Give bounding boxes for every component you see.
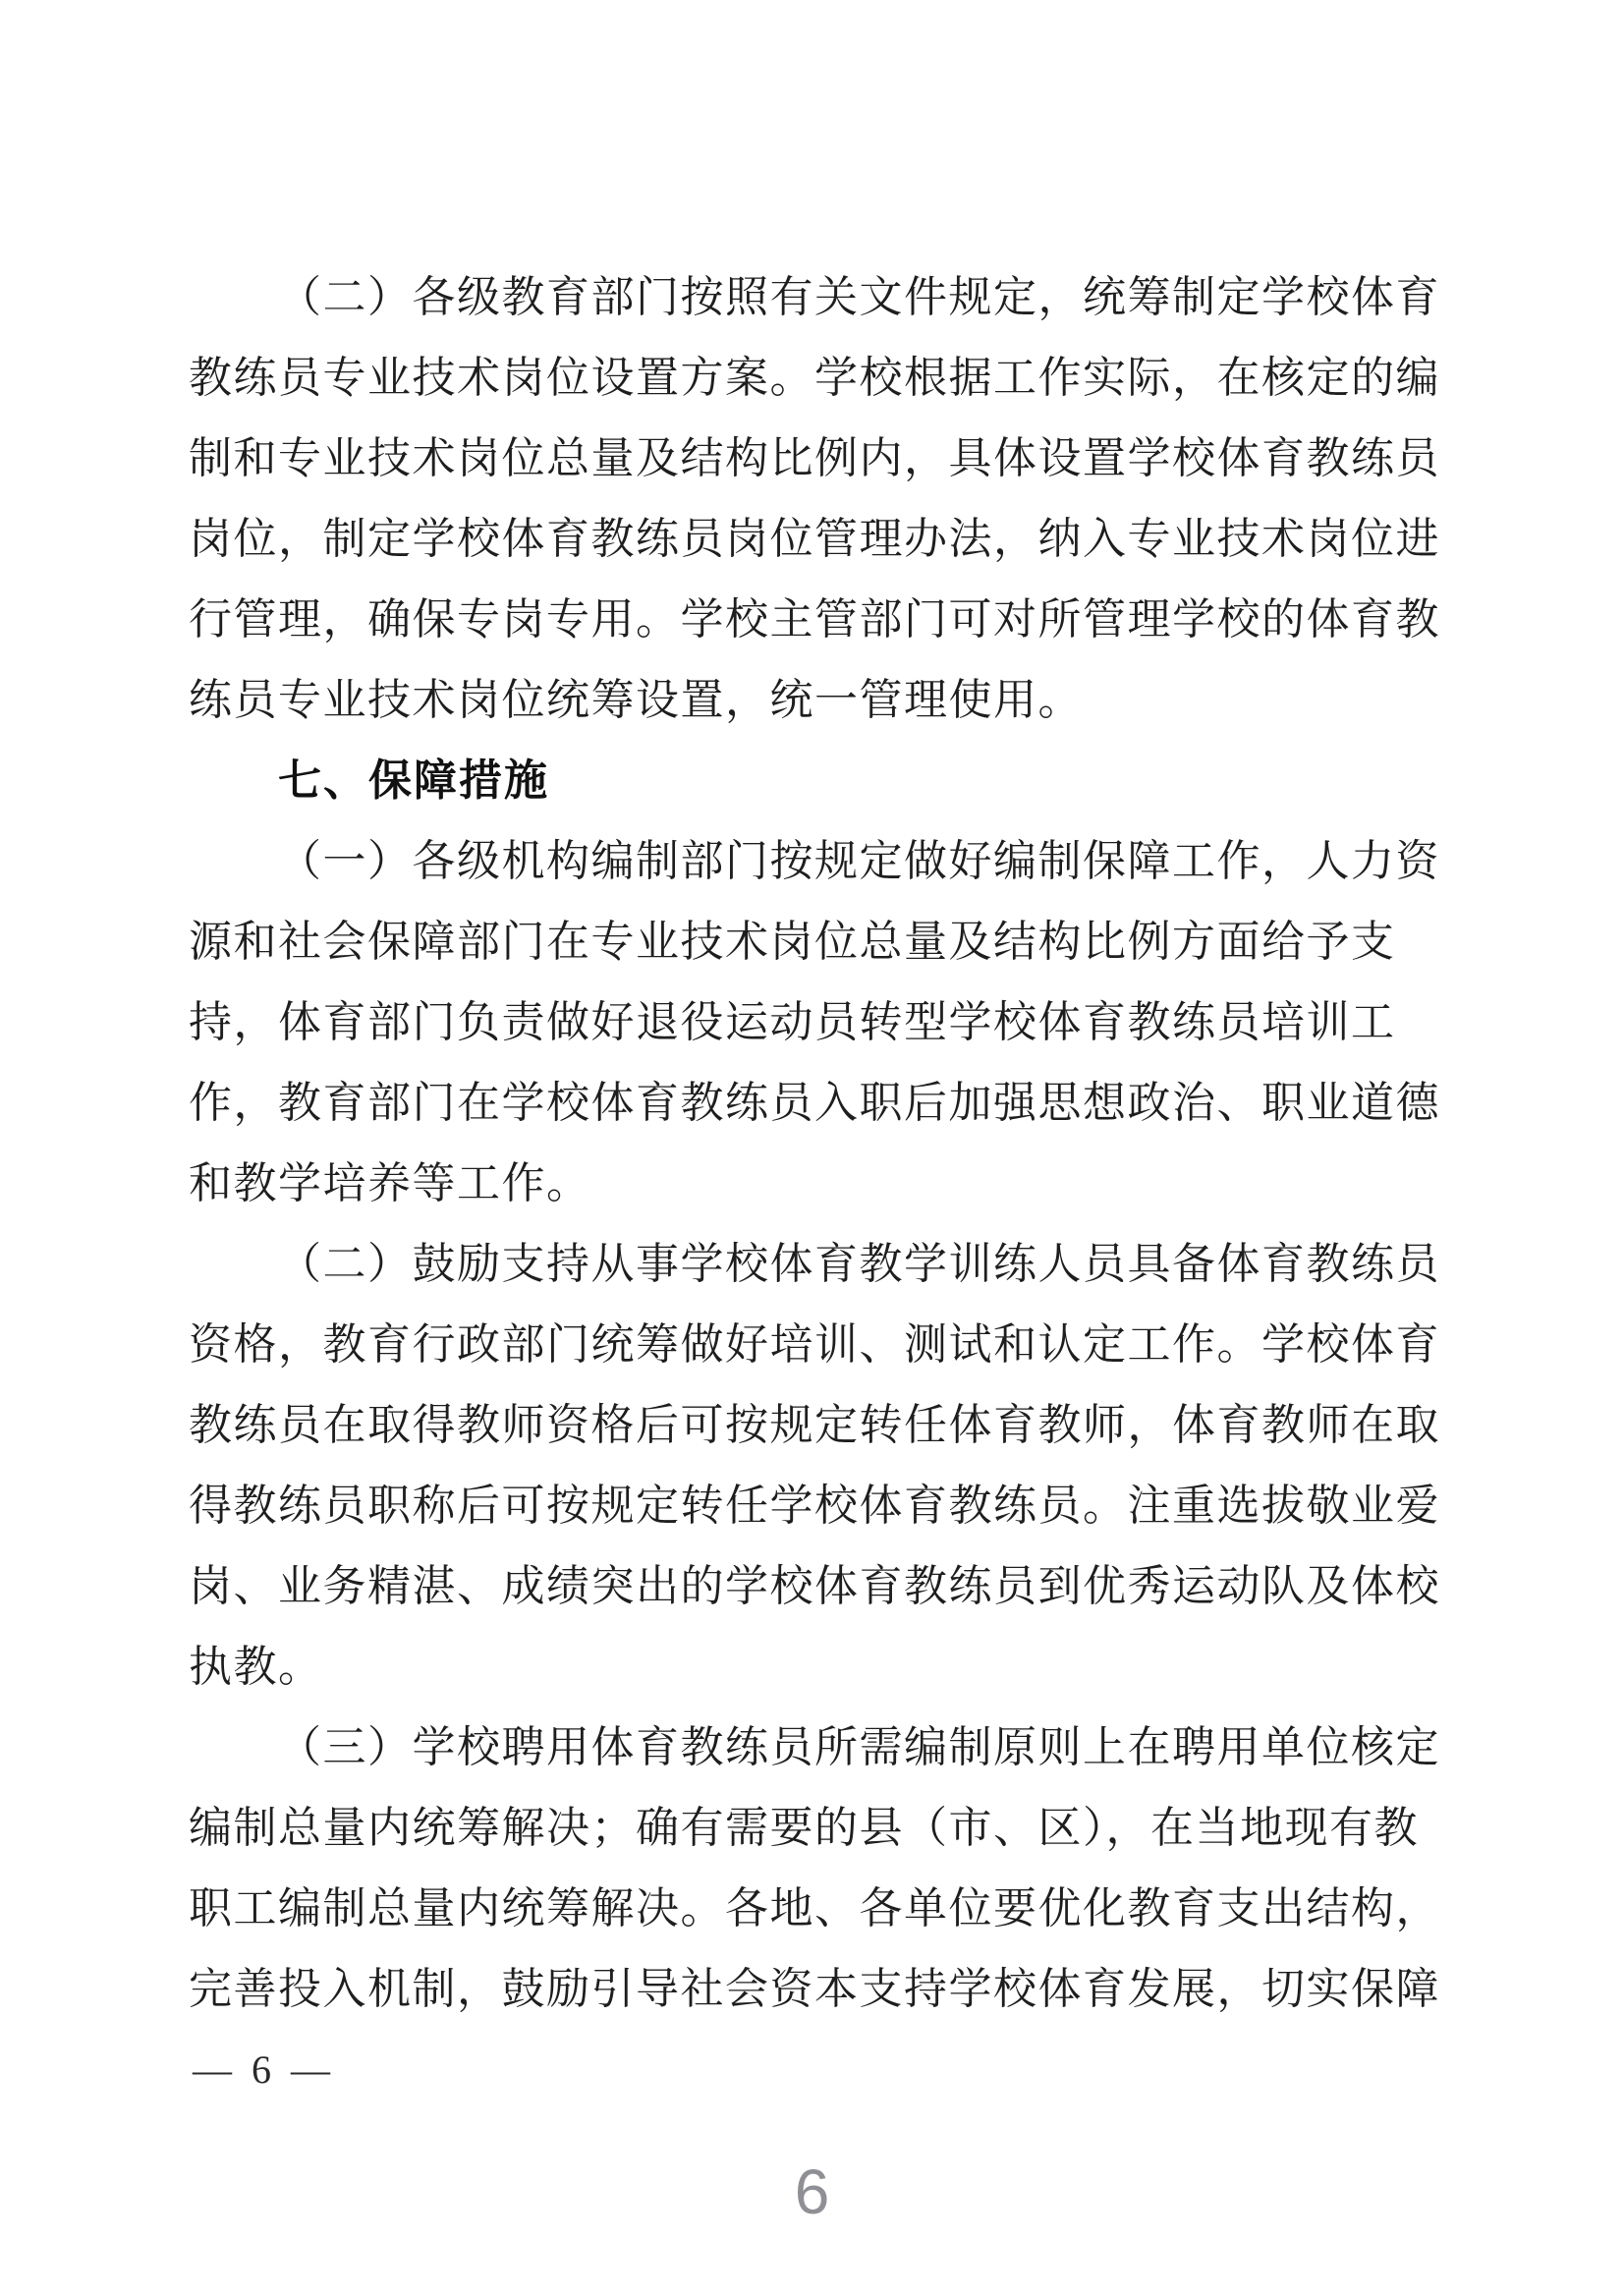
- body-paragraph: （二）鼓励支持从事学校体育教学训练人员具备体育教练员资格，教育行政部门统筹做好培…: [189, 1224, 1441, 1708]
- document-body: （二）各级教育部门按照有关文件规定，统筹制定学校体育教练员专业技术岗位设置方案。…: [189, 257, 1441, 2030]
- text-line: 得教练员职称后可按规定转任学校体育教练员。注重选拔敬业爱: [189, 1466, 1441, 1546]
- text-line: 完善投入机制，鼓励引导社会资本支持学校体育发展，切实保障: [189, 1949, 1441, 2030]
- text-line: （二）各级教育部门按照有关文件规定，统筹制定学校体育: [189, 257, 1441, 338]
- text-line: 教练员专业技术岗位设置方案。学校根据工作实际，在核定的编: [189, 338, 1441, 419]
- text-line: 作，教育部门在学校体育教练员入职后加强思想政治、职业道德: [189, 1063, 1441, 1144]
- body-paragraph: （三）学校聘用体育教练员所需编制原则上在聘用单位核定编制总量内统筹解决；确有需要…: [189, 1708, 1441, 2030]
- text-line: 练员专业技术岗位统筹设置，统一管理使用。: [189, 660, 1441, 741]
- text-line: 岗位，制定学校体育教练员岗位管理办法，纳入专业技术岗位进: [189, 499, 1441, 580]
- text-line: 岗、业务精湛、成绩突出的学校体育教练员到优秀运动队及体校: [189, 1546, 1441, 1627]
- document-page: （二）各级教育部门按照有关文件规定，统筹制定学校体育教练员专业技术岗位设置方案。…: [0, 0, 1624, 2296]
- text-line: （三）学校聘用体育教练员所需编制原则上在聘用单位核定: [189, 1708, 1441, 1788]
- text-line: 和教学培养等工作。: [189, 1144, 1441, 1224]
- text-line: 持，体育部门负责做好退役运动员转型学校体育教练员培训工: [189, 982, 1441, 1063]
- text-line: （二）鼓励支持从事学校体育教学训练人员具备体育教练员: [189, 1224, 1441, 1305]
- page-footer-marker: — 6 —: [193, 2030, 332, 2110]
- body-paragraph: （二）各级教育部门按照有关文件规定，统筹制定学校体育教练员专业技术岗位设置方案。…: [189, 257, 1441, 741]
- body-paragraph: （一）各级机构编制部门按规定做好编制保障工作，人力资源和社会保障部门在专业技术岗…: [189, 821, 1441, 1224]
- section-heading: 七、保障措施: [189, 741, 1441, 821]
- text-line: （一）各级机构编制部门按规定做好编制保障工作，人力资: [189, 821, 1441, 902]
- text-line: 制和专业技术岗位总量及结构比例内，具体设置学校体育教练员: [189, 419, 1441, 499]
- text-line: 资格，教育行政部门统筹做好培训、测试和认定工作。学校体育: [189, 1305, 1441, 1385]
- text-line: 执教。: [189, 1627, 1441, 1708]
- viewer-page-number: 6: [0, 2157, 1624, 2226]
- text-line: 编制总量内统筹解决；确有需要的县（市、区），在当地现有教: [189, 1788, 1441, 1869]
- text-line: 行管理，确保专岗专用。学校主管部门可对所管理学校的体育教: [189, 580, 1441, 660]
- text-line: 源和社会保障部门在专业技术岗位总量及结构比例方面给予支: [189, 902, 1441, 982]
- text-line: 教练员在取得教师资格后可按规定转任体育教师，体育教师在取: [189, 1385, 1441, 1466]
- heading-text: 七、保障措施: [189, 741, 1441, 821]
- text-line: 职工编制总量内统筹解决。各地、各单位要优化教育支出结构，: [189, 1869, 1441, 1949]
